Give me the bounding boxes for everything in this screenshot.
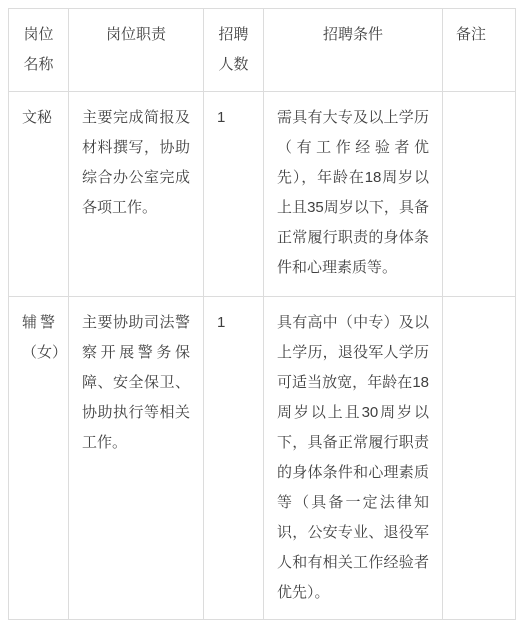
- table-header-row: 岗位名称 岗位职责 招聘人数 招聘条件 备注: [9, 9, 516, 92]
- table-row: 文秘 主要完成简报及材料撰写，协助综合办公室完成各项工作。 1 需具有大专及以上…: [9, 92, 516, 297]
- header-cell-requirements: 招聘条件: [264, 9, 443, 92]
- cell-duties: 主要协助司法警察开展警务保障、安全保卫、协助执行等相关工作。: [69, 297, 204, 620]
- cell-remark: [443, 297, 516, 620]
- header-cell-duties: 岗位职责: [69, 9, 204, 92]
- document-page: 岗位名称 岗位职责 招聘人数 招聘条件 备注 文秘 主要完成简报及材料撰写，协助…: [0, 0, 523, 627]
- cell-duties: 主要完成简报及材料撰写，协助综合办公室完成各项工作。: [69, 92, 204, 297]
- cell-requirements: 具有高中（中专）及以上学历，退役军人学历可适当放宽，年龄在18周岁以上且30周岁…: [264, 297, 443, 620]
- cell-headcount: 1: [204, 92, 264, 297]
- header-cell-remark: 备注: [443, 9, 516, 92]
- header-cell-headcount: 招聘人数: [204, 9, 264, 92]
- recruitment-table: 岗位名称 岗位职责 招聘人数 招聘条件 备注 文秘 主要完成简报及材料撰写，协助…: [8, 8, 516, 620]
- header-cell-position-name: 岗位名称: [9, 9, 69, 92]
- cell-position: 辅警（女）: [9, 297, 69, 620]
- cell-requirements: 需具有大专及以上学历（有工作经验者优先），年龄在18周岁以上且35周岁以下，具备…: [264, 92, 443, 297]
- table-row: 辅警（女） 主要协助司法警察开展警务保障、安全保卫、协助执行等相关工作。 1 具…: [9, 297, 516, 620]
- cell-position: 文秘: [9, 92, 69, 297]
- cell-headcount: 1: [204, 297, 264, 620]
- cell-remark: [443, 92, 516, 297]
